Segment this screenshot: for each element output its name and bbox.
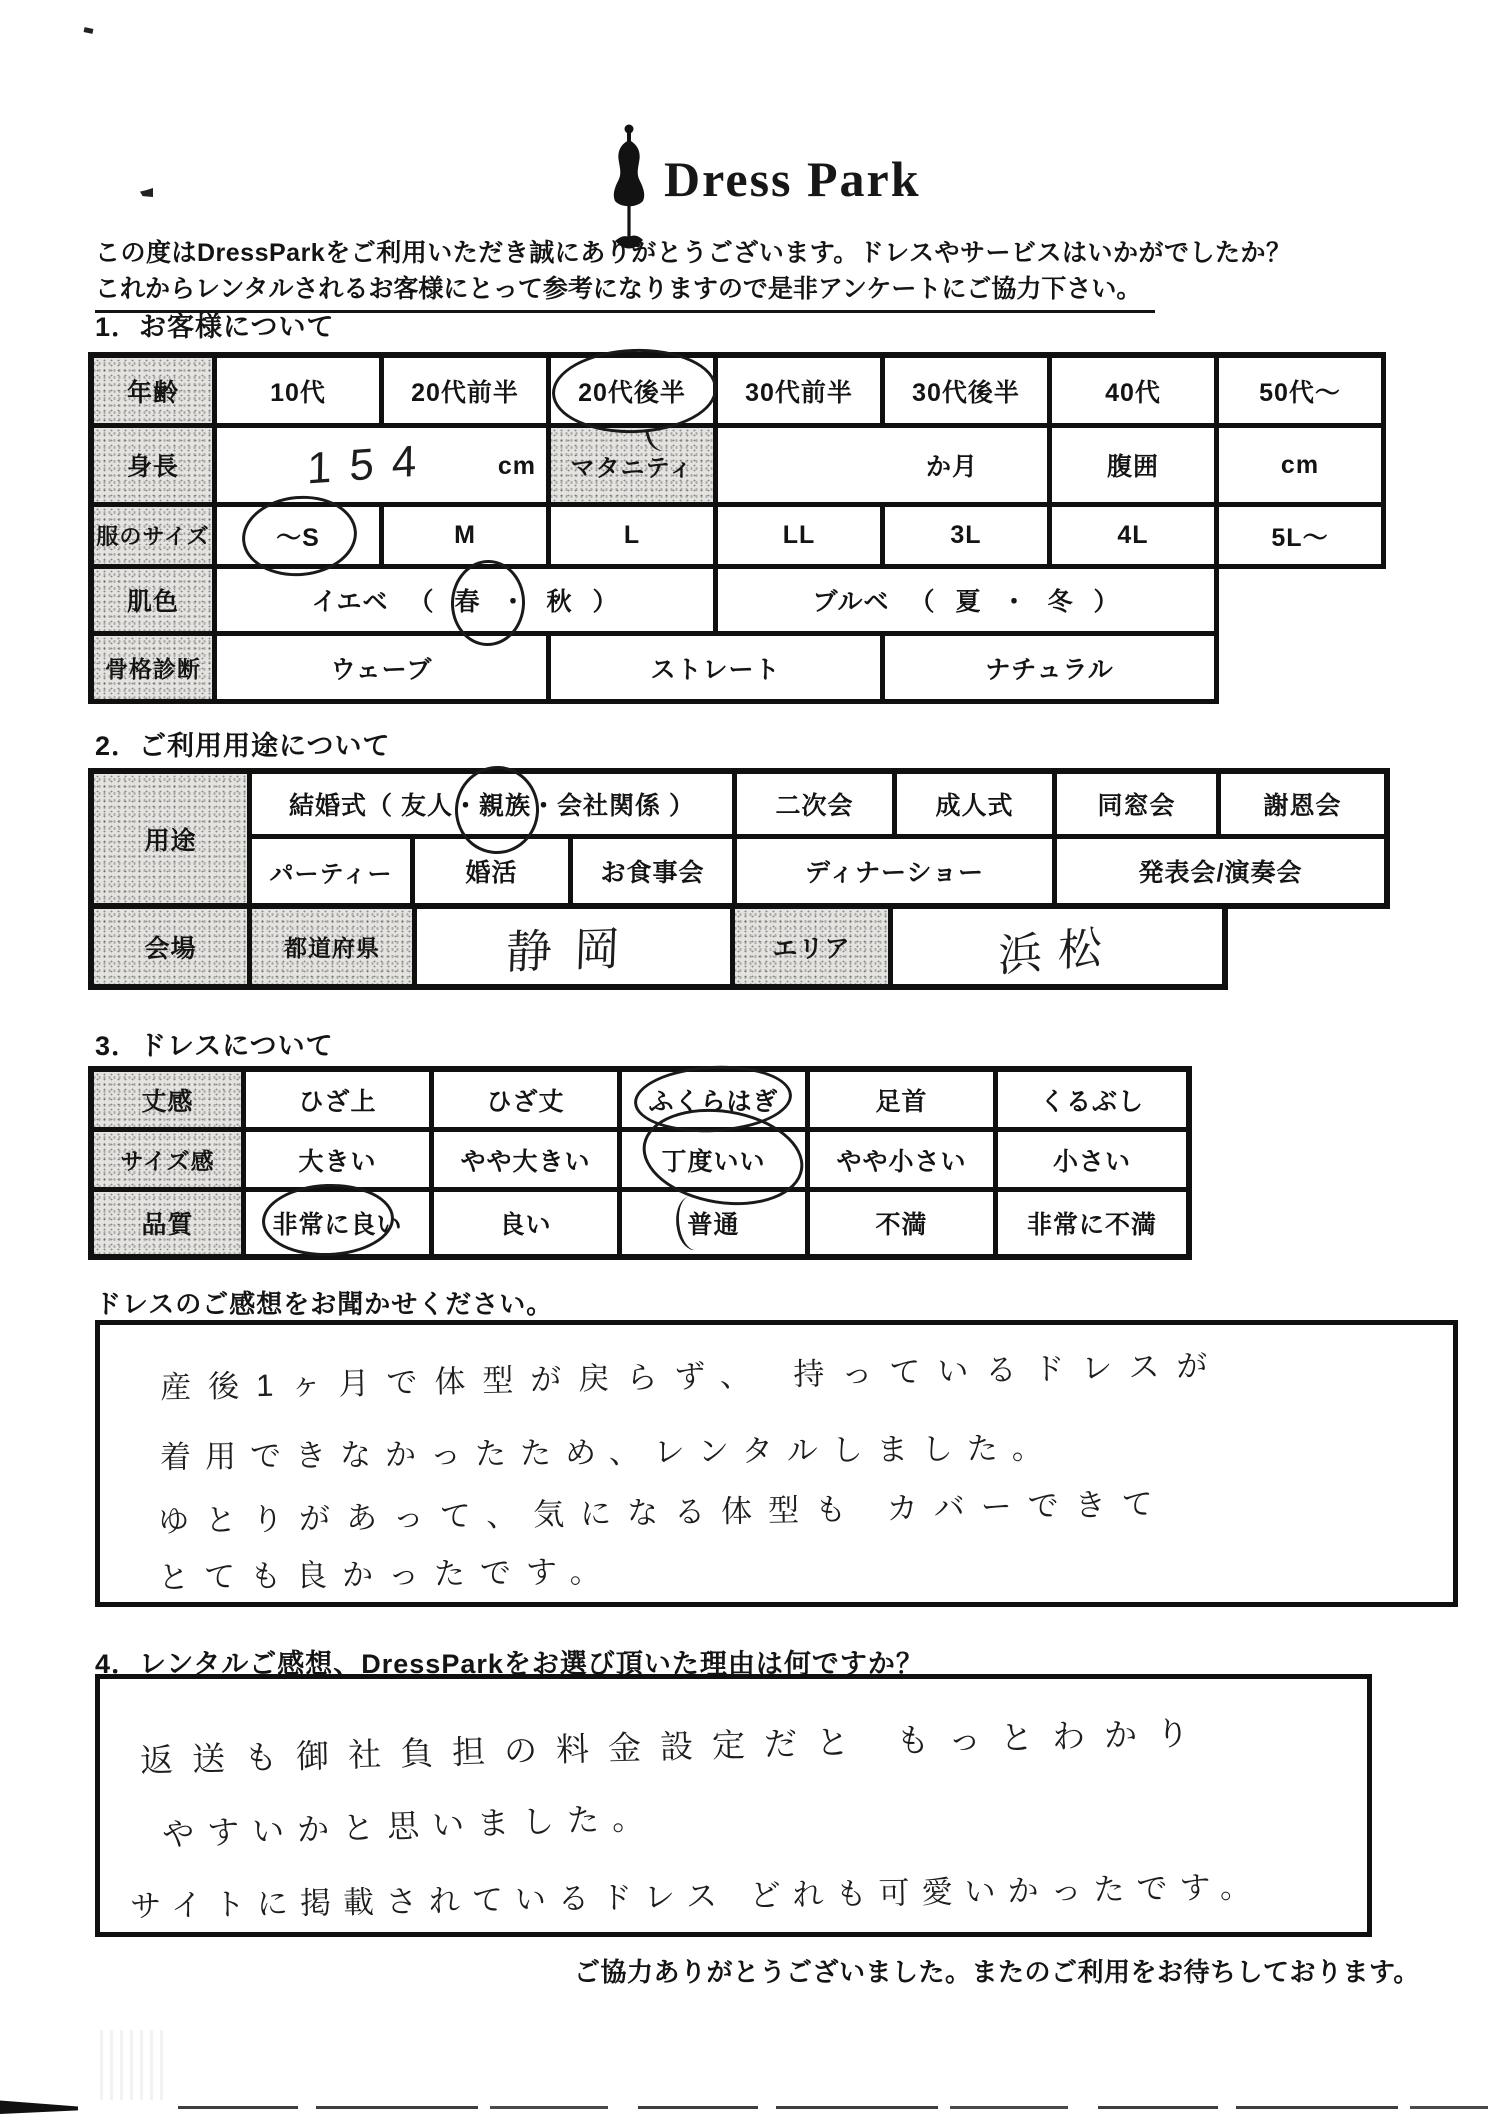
section-title-dress: 3．ドレスについて (95, 1024, 334, 1063)
row-header-frame: 骨格診断 (94, 636, 217, 704)
section-title-customer: 1．お客様について (95, 305, 334, 344)
maternity-label-cell: マタニティ (551, 428, 718, 507)
row-header-venue: 会場 (94, 909, 252, 984)
usage-option: お食事会 (573, 839, 737, 903)
usage-option: 成人式 (897, 774, 1057, 834)
wedding-prefix: 結婚式（ 友人・ (289, 786, 479, 822)
length-option: ひざ上 (246, 1072, 434, 1132)
size-option: M (384, 507, 551, 569)
dress-comment-box: 産後1ヶ月で体型が戻らず、 持っているドレスが 着用できなかったため、レンタルし… (95, 1320, 1458, 1607)
quality-option: 非常に不満 (998, 1192, 1186, 1254)
skin-winter: 冬 (1048, 582, 1074, 618)
skin-warm-label: イエベ (311, 582, 388, 618)
usage-row-2: パーティー 婚活 お食事会 ディナーショー 発表会/演奏会 (252, 839, 1384, 903)
dress-comment-prompt: ドレスのご感想をお聞かせください。 (95, 1284, 553, 1321)
usage-option: パーティー (252, 839, 415, 903)
skin-cool-label: ブルベ (812, 582, 889, 618)
fit-option: やや大きい (434, 1132, 622, 1192)
row-header-usage: 用途 (94, 774, 252, 903)
wedding-suffix: ・会社関係 ） (531, 786, 695, 822)
paren: （ (408, 582, 434, 618)
height-unit-label: cm (498, 452, 536, 481)
handwritten-line: 返送も御社負担の料金設定だと もっとわかり (140, 1707, 1209, 1782)
quality-option: 不満 (810, 1192, 998, 1254)
prefecture-handwritten: 静岡 (504, 911, 642, 982)
usage-option: 謝恩会 (1221, 774, 1384, 834)
fit-option: 小さい (998, 1132, 1186, 1192)
scan-artifact (0, 2096, 78, 2114)
handwritten-line: サイトに掲載されているドレス どれも可愛いかったです。 (130, 1861, 1264, 1926)
scan-artifact-line (178, 2106, 1488, 2109)
scan-artifact (84, 27, 94, 34)
handwritten-line: 産後1ヶ月で体型が戻らず、 持っているドレスが (160, 1340, 1225, 1407)
row-header-size: 服のサイズ (94, 507, 217, 569)
handwritten-line: とても良かったです。 (158, 1546, 616, 1597)
size-option: 5L～ (1219, 507, 1386, 569)
scan-artifact (100, 2030, 170, 2100)
handwritten-line: やすいかと思いました。 (161, 1792, 657, 1855)
size-option: LL (718, 507, 885, 569)
row-header-skin: 肌色 (94, 569, 217, 636)
empty-area (1219, 569, 1386, 636)
usage-table-top: 用途 結婚式（ 友人・ 親族 ・会社関係 ） 二次会 成人式 同窓会 謝恩会 パ… (88, 768, 1390, 909)
area-value-cell: 浜松 (893, 909, 1222, 984)
age-option: 10代 (217, 358, 384, 428)
height-value-cell: 154 cm (217, 428, 551, 507)
area-label: エリア (735, 909, 893, 984)
usage-option: 二次会 (737, 774, 897, 834)
usage-rows: 結婚式（ 友人・ 親族 ・会社関係 ） 二次会 成人式 同窓会 謝恩会 パーティ… (252, 774, 1384, 903)
length-option: ひざ丈 (434, 1072, 622, 1132)
usage-option: 発表会/演奏会 (1057, 839, 1384, 903)
usage-option: ディナーショー (737, 839, 1057, 903)
usage-table: 用途 結婚式（ 友人・ 親族 ・会社関係 ） 二次会 成人式 同窓会 謝恩会 パ… (88, 768, 1390, 990)
row-header-age: 年齢 (94, 358, 217, 428)
frame-option: ウェーブ (217, 636, 551, 704)
reason-comment-box: 返送も御社負担の料金設定だと もっとわかり やすいかと思いました。 サイトに掲載… (95, 1674, 1372, 1937)
height-handwritten-value: 154 (307, 435, 435, 494)
intro-thanks: この度はDressParkをご利用いただき誠にありがとうございます。ドレスやサー… (95, 233, 1291, 269)
frame-option: ナチュラル (885, 636, 1219, 704)
area-handwritten: 浜松 (997, 909, 1118, 984)
size-option: 3L (885, 507, 1052, 569)
age-option: 50代～ (1219, 358, 1386, 428)
section-title-usage: 2．ご利用用途について (95, 724, 390, 763)
age-option: 30代後半 (885, 358, 1052, 428)
waist-unit-cell: cm (1219, 428, 1386, 507)
skin-cool-cell: ブルベ （ 夏 ・ 冬 ） (718, 569, 1219, 636)
scanned-survey-page: { "logo": { "brand": "Dress Park" }, "in… (0, 0, 1500, 2127)
age-option: 30代前半 (718, 358, 885, 428)
size-option: L (551, 507, 718, 569)
empty-area (1219, 636, 1386, 704)
paren: ） (593, 582, 619, 618)
size-option: 4L (1052, 507, 1219, 569)
usage-option: 同窓会 (1057, 774, 1221, 834)
venue-row: 会場 都道府県 静岡 エリア 浜松 (88, 909, 1228, 990)
usage-row-1: 結婚式（ 友人・ 親族 ・会社関係 ） 二次会 成人式 同窓会 謝恩会 (252, 774, 1384, 839)
waist-label-cell: 腹囲 (1052, 428, 1219, 507)
scan-artifact (140, 188, 153, 197)
age-option: 40代 (1052, 358, 1219, 428)
row-header-length: 丈感 (94, 1072, 246, 1132)
skin-autumn: 秋 (547, 582, 573, 618)
maternity-months-cell: か月 (718, 428, 1052, 507)
brand-name: Dress Park (664, 150, 921, 208)
dot: ・ (1002, 582, 1028, 618)
prefecture-label: 都道府県 (252, 909, 417, 984)
age-option: 20代前半 (384, 358, 551, 428)
length-option: 足首 (810, 1072, 998, 1132)
handwritten-line: 着用できなかったため、レンタルしました。 (160, 1422, 1057, 1476)
skin-summer: 夏 (955, 582, 981, 618)
fit-option: やや小さい (810, 1132, 998, 1192)
row-header-height: 身長 (94, 428, 217, 507)
row-header-fit: サイズ感 (94, 1132, 246, 1192)
handwritten-line: ゆとりがあって、気になる体型も カバーできて (158, 1478, 1169, 1541)
prefecture-value-cell: 静岡 (417, 909, 735, 984)
row-header-quality: 品質 (94, 1192, 246, 1254)
frame-option: ストレート (551, 636, 885, 704)
fit-option: 大きい (246, 1132, 434, 1192)
length-option: くるぶし (998, 1072, 1186, 1132)
paren: ） (1094, 582, 1120, 618)
paren: （ (909, 582, 935, 618)
quality-option: 良い (434, 1192, 622, 1254)
closing-message: ご協力ありがとうございました。またのご利用をお待ちしております。 (574, 1952, 1420, 1989)
